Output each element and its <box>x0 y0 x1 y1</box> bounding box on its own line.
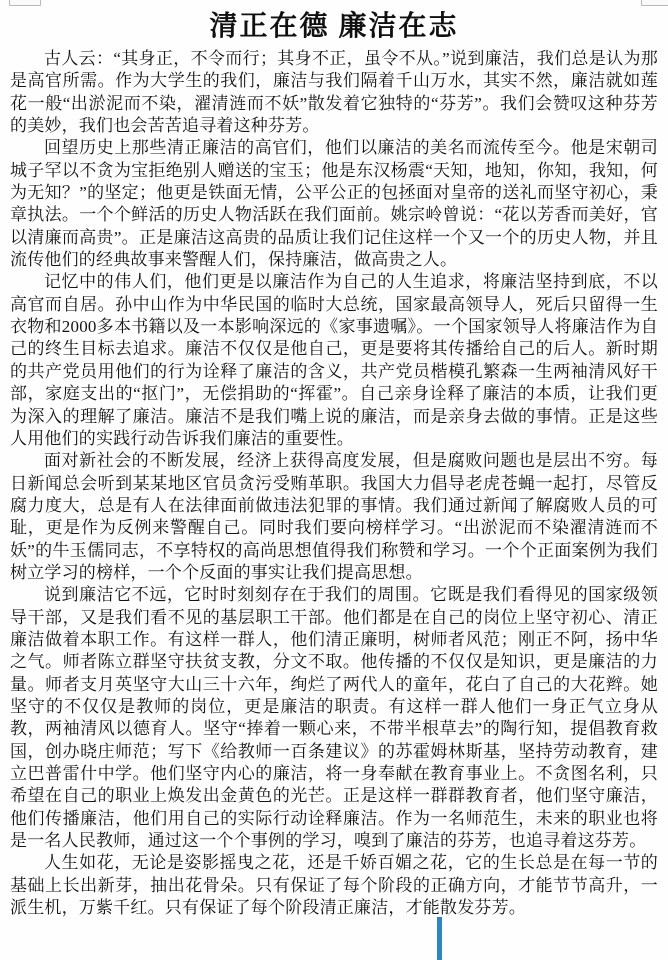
paragraph-1[interactable]: 古人云：“其身正，不令而行；其身不正，虽令不从。”说到廉洁，我们总是认为那是高官… <box>10 48 658 137</box>
document-body[interactable]: 古人云：“其身正，不令而行；其身不正，虽令不从。”说到廉洁，我们总是认为那是高官… <box>10 48 658 919</box>
text-cursor <box>437 917 442 960</box>
paragraph-3[interactable]: 记忆中的伟人们，他们更是以廉洁作为自己的人生追求，将廉洁坚持到底，不以高官而自居… <box>10 271 658 450</box>
paragraph-5[interactable]: 说到廉洁它不远，它时时刻刻存在于我们的周围。它既是我们看得见的国家级领导干部，又… <box>10 584 658 852</box>
top-left-ui-fragment <box>9 0 41 6</box>
paragraph-2[interactable]: 回望历史上那些清正廉洁的高官们，他们以廉洁的美名而流传至今。他是宋朝司城子罕以不… <box>10 137 658 271</box>
document-title[interactable]: 清正在德 廉洁在志 <box>10 11 658 43</box>
top-right-ui-fragment <box>641 0 668 6</box>
document-page: 清正在德 廉洁在志 古人云：“其身正，不令而行；其身不正，虽令不从。”说到廉洁，… <box>0 0 668 960</box>
paragraph-4[interactable]: 面对新社会的不断发展，经济上获得高度发展，但是腐败问题也是层出不穷。每日新闻总会… <box>10 450 658 584</box>
paragraph-6[interactable]: 人生如花，无论是姿影摇曳之花，还是千娇百媚之花，它的生长总是在每一节的基础上长出… <box>10 852 658 919</box>
